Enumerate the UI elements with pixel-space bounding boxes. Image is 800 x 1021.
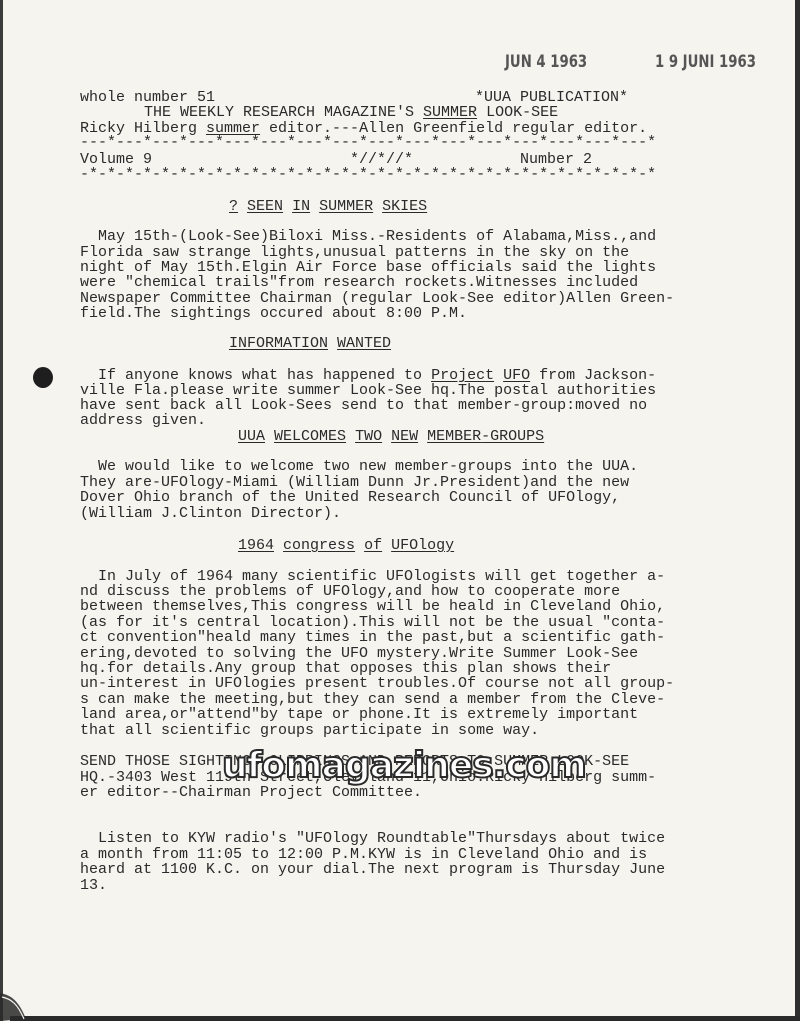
- article-line: heard at 1100 K.C. on your dial.The next…: [80, 862, 665, 877]
- heading-word: congress: [283, 537, 355, 554]
- heading-word: -GROUPS: [481, 428, 544, 445]
- site-watermark: ufomagazines.com: [222, 748, 586, 784]
- article-line: that all scientific groups participate i…: [80, 723, 539, 738]
- article-line: hq.for details.Any group that opposes th…: [80, 661, 611, 676]
- article-line: If anyone knows what has happened to Pro…: [80, 368, 656, 383]
- article-line: land area,or"attend"by tape or phone.It …: [80, 707, 638, 722]
- page-edge-bottom: [10, 1016, 800, 1021]
- heading-word: NEW: [391, 428, 418, 445]
- heading-word: ?: [229, 198, 238, 215]
- article-line: between themselves,This congress will be…: [80, 599, 665, 614]
- article-line: un-interest in UFOlogies present trouble…: [80, 676, 674, 691]
- heading-word: TWO: [355, 428, 382, 445]
- article-line: We would like to welcome two new member-…: [80, 459, 638, 474]
- article-line: (as for it's central location).This will…: [80, 615, 665, 630]
- page-edge-left: [0, 0, 3, 1021]
- article-line: have sent back all Look-Sees send to tha…: [80, 398, 647, 413]
- article-line: er editor--Chairman Project Committee.: [80, 785, 422, 800]
- publication-label: *UUA PUBLICATION*: [475, 90, 628, 105]
- title-prefix: THE WEEKLY RESEARCH MAGAZINE'S: [144, 104, 423, 121]
- article-line: a month from 11:05 to 12:00 P.M.KYW is i…: [80, 847, 647, 862]
- title-suffix: LOOK-SEE: [477, 104, 558, 121]
- heading-word: of: [364, 537, 382, 554]
- article-line: ville Fla.please write summer Look-See h…: [80, 383, 656, 398]
- title-summer: SUMMER: [423, 104, 477, 121]
- article-line: ering,devoted to solving the UFO mystery…: [80, 646, 638, 661]
- article-line: field.The sightings occured about 8:00 P…: [80, 306, 467, 321]
- article-line: s can make the meeting,but they can send…: [80, 692, 665, 707]
- scanned-page: JUN 4 1963 1 9 JUNI 1963 whole number 51…: [0, 0, 800, 1021]
- page-edge-right: [795, 0, 800, 1021]
- article-line: ct convention"heald many times in the pa…: [80, 630, 665, 645]
- heading-word: MEMBER: [427, 428, 481, 445]
- article-line: May 15th-(Look-See)Biloxi Miss.-Resident…: [80, 229, 656, 244]
- article-line: Listen to KYW radio's "UFOlogy Roundtabl…: [80, 831, 665, 846]
- article-line: nd discuss the problems of UFOlogy,and h…: [80, 584, 620, 599]
- article-line: Dover Ohio branch of the United Research…: [80, 490, 620, 505]
- archive-date-stamp: 1 9 JUNI 1963: [655, 52, 756, 72]
- article-line: (William J.Clinton Director).: [80, 506, 341, 521]
- hole-punch: [33, 367, 53, 388]
- ornament: *//*//*: [350, 152, 413, 167]
- torn-corner: [0, 991, 40, 1021]
- heading-word: UUA: [238, 428, 265, 445]
- volume-label: Volume 9: [80, 152, 152, 167]
- whole-number: whole number 51: [80, 90, 215, 105]
- article-line: 13.: [80, 878, 107, 893]
- heading-information-wanted: INFORMATION WANTED: [229, 336, 391, 351]
- issue-number: Number 2: [520, 152, 592, 167]
- heading-word: SKIES: [382, 198, 427, 215]
- article-line: address given.: [80, 413, 206, 428]
- article-line: Florida saw strange lights,unusual patte…: [80, 245, 629, 260]
- article-line: Newspaper Committee Chairman (regular Lo…: [80, 291, 674, 306]
- heading-word: IN: [292, 198, 310, 215]
- divider-bottom: -*-*-*-*-*-*-*-*-*-*-*-*-*-*-*-*-*-*-*-*…: [80, 167, 656, 182]
- article-line: They are-UFOlogy-Miami (William Dunn Jr.…: [80, 475, 629, 490]
- heading-word: INFORMATION: [229, 335, 328, 352]
- heading-word: SEEN: [247, 198, 283, 215]
- heading-seen-in-summer-skies: ? SEEN IN SUMMER SKIES: [229, 199, 427, 214]
- heading-uua-welcomes: UUA WELCOMES TWO NEW MEMBER-GROUPS: [238, 429, 544, 444]
- heading-1964-congress: 1964 congress of UFOlogy: [238, 538, 454, 553]
- heading-word: 1964: [238, 537, 274, 554]
- heading-word: UFOlogy: [391, 537, 454, 554]
- received-date-stamp: JUN 4 1963: [505, 52, 587, 72]
- article-line: were "chemical trails"from research rock…: [80, 275, 638, 290]
- heading-word: WANTED: [337, 335, 391, 352]
- article-line: night of May 15th.Elgin Air Force base o…: [80, 260, 656, 275]
- heading-word: WELCOMES: [274, 428, 346, 445]
- magazine-title: THE WEEKLY RESEARCH MAGAZINE'S SUMMER LO…: [144, 105, 558, 120]
- article-line: In July of 1964 many scientific UFOlogis…: [80, 569, 665, 584]
- heading-word: SUMMER: [319, 198, 373, 215]
- divider-top: ---*---*---*---*---*---*---*---*---*---*…: [80, 135, 656, 150]
